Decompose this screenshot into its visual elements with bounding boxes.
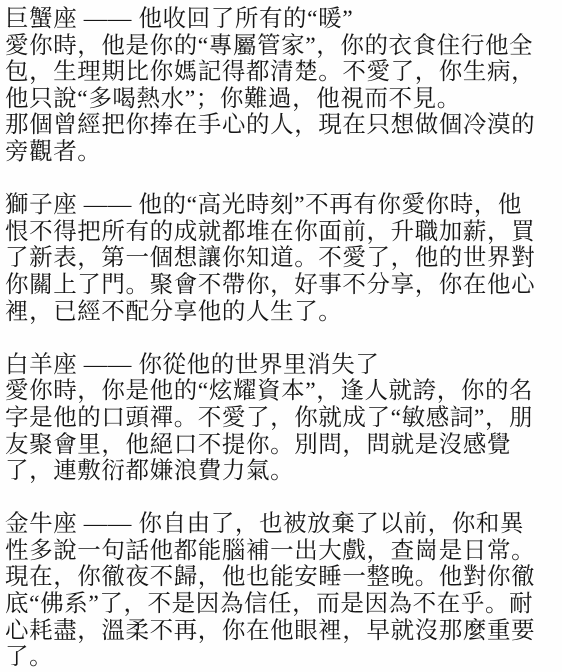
- text-line: 友聚會里，他絕口不提你。別問，問就是沒感覺: [5, 432, 560, 459]
- zodiac-paragraph-cancer: 巨蟹座 —— 他收回了所有的“暖”愛你時，他是你的“專屬管家”，你的衣食住行他全…: [5, 6, 560, 166]
- text-line: 了。: [5, 644, 560, 671]
- text-line: 了，連敷衍都嫌浪費力氣。: [5, 458, 560, 485]
- text-line: 金牛座 —— 你自由了，也被放棄了以前，你和異: [5, 511, 560, 538]
- text-line: 恨不得把所有的成就都堆在你面前，升職加薪，買: [5, 219, 560, 246]
- text-line: 愛你時，你是他的“炫耀資本”，逢人就誇，你的名: [5, 378, 560, 405]
- text-line: 愛你時，他是你的“專屬管家”，你的衣食住行他全: [5, 33, 560, 60]
- text-line: 他只說“多喝熱水”；你難過，他視而不見。: [5, 86, 560, 113]
- text-line: 了新表，第一個想讓你知道。不愛了，他的世界對: [5, 245, 560, 272]
- text-line: 旁觀者。: [5, 139, 560, 166]
- text-line: 性多說一句話他都能腦補一出大戲，查崗是日常。: [5, 538, 560, 565]
- zodiac-paragraph-aries: 白羊座 —— 你從他的世界里消失了愛你時，你是他的“炫耀資本”，逢人就誇，你的名…: [5, 352, 560, 485]
- document-page: 巨蟹座 —— 他收回了所有的“暖”愛你時，他是你的“專屬管家”，你的衣食住行他全…: [0, 0, 562, 672]
- text-line: 底“佛系”了，不是因為信任，而是因為不在乎。耐: [5, 591, 560, 618]
- document-content: 巨蟹座 —— 他收回了所有的“暖”愛你時，他是你的“專屬管家”，你的衣食住行他全…: [5, 6, 560, 671]
- text-line: 字是他的口頭禪。不愛了，你就成了“敏感詞”，朋: [5, 405, 560, 432]
- text-line: 現在，你徹夜不歸，他也能安睡一整晚。他對你徹: [5, 564, 560, 591]
- text-line: 包，生理期比你媽記得都清楚。不愛了，你生病，: [5, 59, 560, 86]
- text-line: 你關上了門。聚會不帶你，好事不分享，你在他心: [5, 272, 560, 299]
- text-line: 那個曾經把你捧在手心的人，現在只想做個冷漠的: [5, 112, 560, 139]
- text-line: 白羊座 —— 你從他的世界里消失了: [5, 352, 560, 379]
- text-line: 巨蟹座 —— 他收回了所有的“暖”: [5, 6, 560, 33]
- text-line: 心耗盡，溫柔不再，你在他眼裡，早就沒那麼重要: [5, 618, 560, 645]
- zodiac-paragraph-taurus: 金牛座 —— 你自由了，也被放棄了以前，你和異性多說一句話他都能腦補一出大戲，查…: [5, 511, 560, 671]
- text-line: 裡，已經不配分享他的人生了。: [5, 299, 560, 326]
- text-line: 獅子座 —— 他的“高光時刻”不再有你愛你時，他: [5, 192, 560, 219]
- zodiac-paragraph-leo: 獅子座 —— 他的“高光時刻”不再有你愛你時，他恨不得把所有的成就都堆在你面前，…: [5, 192, 560, 325]
